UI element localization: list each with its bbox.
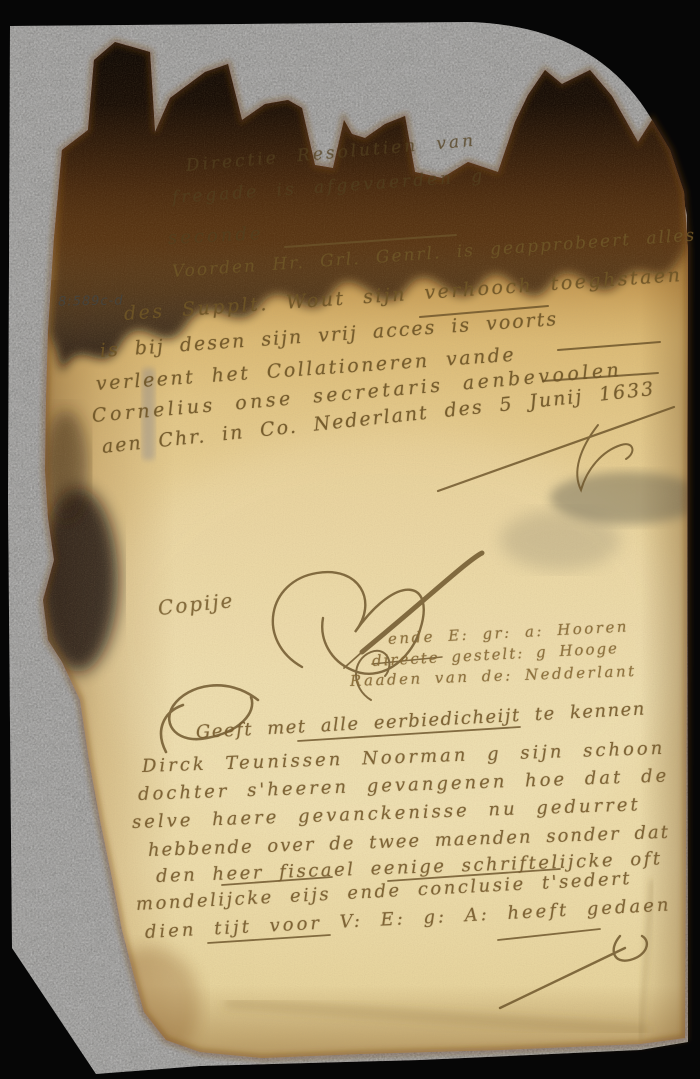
manuscript-scan: 8:589c-d Directie Resolutien van fregade… (0, 0, 700, 1079)
archival-reference-note: 8:589c-d (58, 293, 124, 309)
